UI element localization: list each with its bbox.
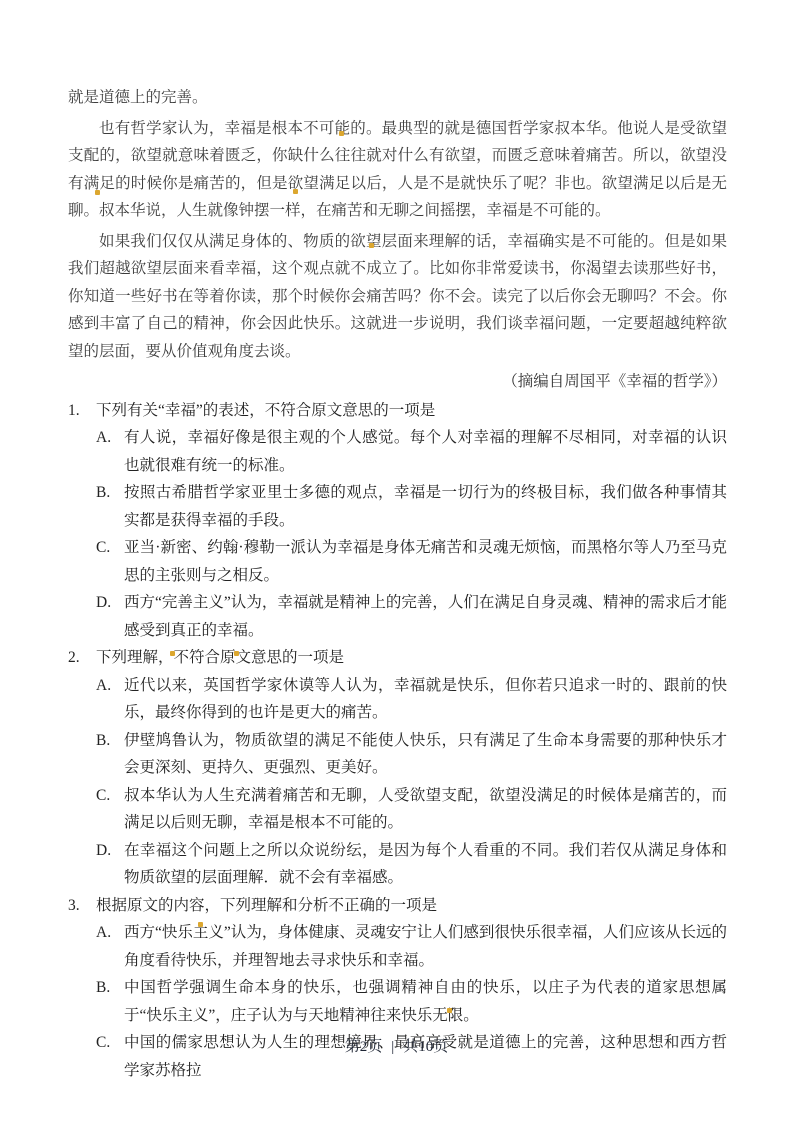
option-text: 中国哲学强调生命本身的快乐，也强调精神自由的快乐，以庄子为代表的道家思想属于“快… — [124, 979, 727, 1024]
option-text: 在幸福这个问题上之所以众说纷纭，是因为每个人看重的不同。我们若仅从满足身体和物质… — [124, 842, 727, 887]
option-label: A. — [96, 919, 111, 947]
option-c: C. 叔本华认为人生充满着痛苦和无聊，人受欲望支配，欲望没满足的时候体是痛苦的，… — [68, 782, 727, 837]
question-number: 3. — [68, 892, 80, 920]
option-b: B. 伊壁鸠鲁认为，物质欲望的满足不能使人快乐，只有满足了生命本身需要的那种快乐… — [68, 727, 727, 782]
question-stem-text: 下列理解，不符合原文意思的一项是 — [96, 649, 344, 666]
option-label: C. — [96, 782, 110, 810]
option-d: D. 在幸福这个问题上之所以众说纷纭，是因为每个人看重的不同。我们若仅从满足身体… — [68, 837, 727, 892]
option-text: 西方“快乐主义”认为，身体健康、灵魂安宁让人们感到很快乐很幸福，人们应该从长远的… — [124, 924, 727, 969]
highlight-artifact-dot — [198, 922, 203, 927]
option-b: B. 中国哲学强调生命本身的快乐，也强调精神自由的快乐，以庄子为代表的道家思想属… — [68, 974, 727, 1029]
passage-paragraph: 也有哲学家认为，幸福是根本不可能的。最典型的就是德国哲学家叔本华。他说人是受欲望… — [68, 115, 727, 225]
option-text: 西方“完善主义”认为，幸福就是精神上的完善，人们在满足自身灵魂、精神的需求后才能… — [124, 594, 727, 639]
document-page: 就是道德上的完善。 也有哲学家认为，幸福是根本不可能的。最典型的就是德国哲学家叔… — [0, 0, 793, 1122]
passage-attribution: （摘编自周国平《幸福的哲学》） — [68, 368, 727, 396]
highlight-artifact-dot — [170, 651, 175, 656]
question-stem: 1. 下列有关“幸福”的表述，不符合原文意思的一项是 — [68, 397, 727, 425]
question-1: 1. 下列有关“幸福”的表述，不符合原文意思的一项是 A. 有人说，幸福好像是很… — [68, 397, 727, 645]
highlight-artifact-dot — [447, 1008, 452, 1013]
question-number: 2. — [68, 644, 80, 672]
exam-content: 就是道德上的完善。 也有哲学家认为，幸福是根本不可能的。最典型的就是德国哲学家叔… — [68, 84, 727, 1084]
page-total-label: 共10页 — [403, 1039, 448, 1055]
option-a: A. 近代以来，英国哲学家休谟等人认为，幸福就是快乐，但你若只追求一时的、跟前的… — [68, 672, 727, 727]
highlight-artifact-dot — [369, 243, 374, 248]
option-label: D. — [96, 837, 111, 865]
highlight-artifact-dot — [339, 131, 344, 136]
option-text: 伊壁鸠鲁认为，物质欲望的满足不能使人快乐，只有满足了生命本身需要的那种快乐才会更… — [124, 732, 727, 777]
passage-paragraph: 如果我们仅仅从满足身体的、物质的欲望层面来理解的话，幸福确实是不可能的。但是如果… — [68, 228, 727, 366]
option-label: B. — [96, 479, 110, 507]
option-label: A. — [96, 424, 111, 452]
question-number: 1. — [68, 397, 80, 425]
question-stem-text: 下列有关“幸福”的表述，不符合原文意思的一项是 — [96, 402, 435, 419]
option-text: 有人说，幸福好像是很主观的个人感觉。每个人对幸福的理解不尽相同，对幸福的认识也就… — [124, 429, 727, 474]
question-stem-text: 根据原文的内容，下列理解和分析不正确的一项是 — [96, 897, 437, 914]
option-label: B. — [96, 974, 110, 1002]
highlight-artifact-dot — [95, 190, 100, 195]
option-a: A. 西方“快乐主义”认为，身体健康、灵魂安宁让人们感到很快乐很幸福，人们应该从… — [68, 919, 727, 974]
passage-paragraph-continuation: 就是道德上的完善。 — [68, 84, 727, 112]
option-text: 叔本华认为人生充满着痛苦和无聊，人受欲望支配，欲望没满足的时候体是痛苦的，而满足… — [124, 787, 727, 832]
highlight-artifact-dot — [234, 651, 239, 656]
highlight-artifact-dot — [293, 189, 298, 194]
option-text: 近代以来，英国哲学家休谟等人认为，幸福就是快乐，但你若只追求一时的、跟前的快乐，… — [124, 677, 727, 722]
option-c: C. 亚当·新密、约翰·穆勒一派认为幸福是身体无痛苦和灵魂无烦恼，而黑格尔等人乃… — [68, 534, 727, 589]
question-stem: 3. 根据原文的内容，下列理解和分析不正确的一项是 — [68, 892, 727, 920]
footer-separator: | — [391, 1039, 394, 1055]
option-text: 亚当·新密、约翰·穆勒一派认为幸福是身体无痛苦和灵魂无烦恼，而黑格尔等人乃至马克… — [124, 539, 727, 584]
option-label: A. — [96, 672, 111, 700]
option-a: A. 有人说，幸福好像是很主观的个人感觉。每个人对幸福的理解不尽相同，对幸福的认… — [68, 424, 727, 479]
option-text: 按照古希腊哲学家亚里士多德的观点，幸福是一切行为的终极目标，我们做各种事情其实都… — [124, 484, 727, 529]
page-footer: 第2页|共10页 — [0, 1036, 793, 1058]
option-d: D. 西方“完善主义”认为，幸福就是精神上的完善，人们在满足自身灵魂、精神的需求… — [68, 589, 727, 644]
option-label: D. — [96, 589, 111, 617]
question-stem: 2. 下列理解，不符合原文意思的一项是 — [68, 644, 727, 672]
page-number-label: 第2页 — [345, 1039, 383, 1055]
option-label: B. — [96, 727, 110, 755]
option-b: B. 按照古希腊哲学家亚里士多德的观点，幸福是一切行为的终极目标，我们做各种事情… — [68, 479, 727, 534]
option-label: C. — [96, 534, 110, 562]
question-2: 2. 下列理解，不符合原文意思的一项是 A. 近代以来，英国哲学家休谟等人认为，… — [68, 644, 727, 892]
